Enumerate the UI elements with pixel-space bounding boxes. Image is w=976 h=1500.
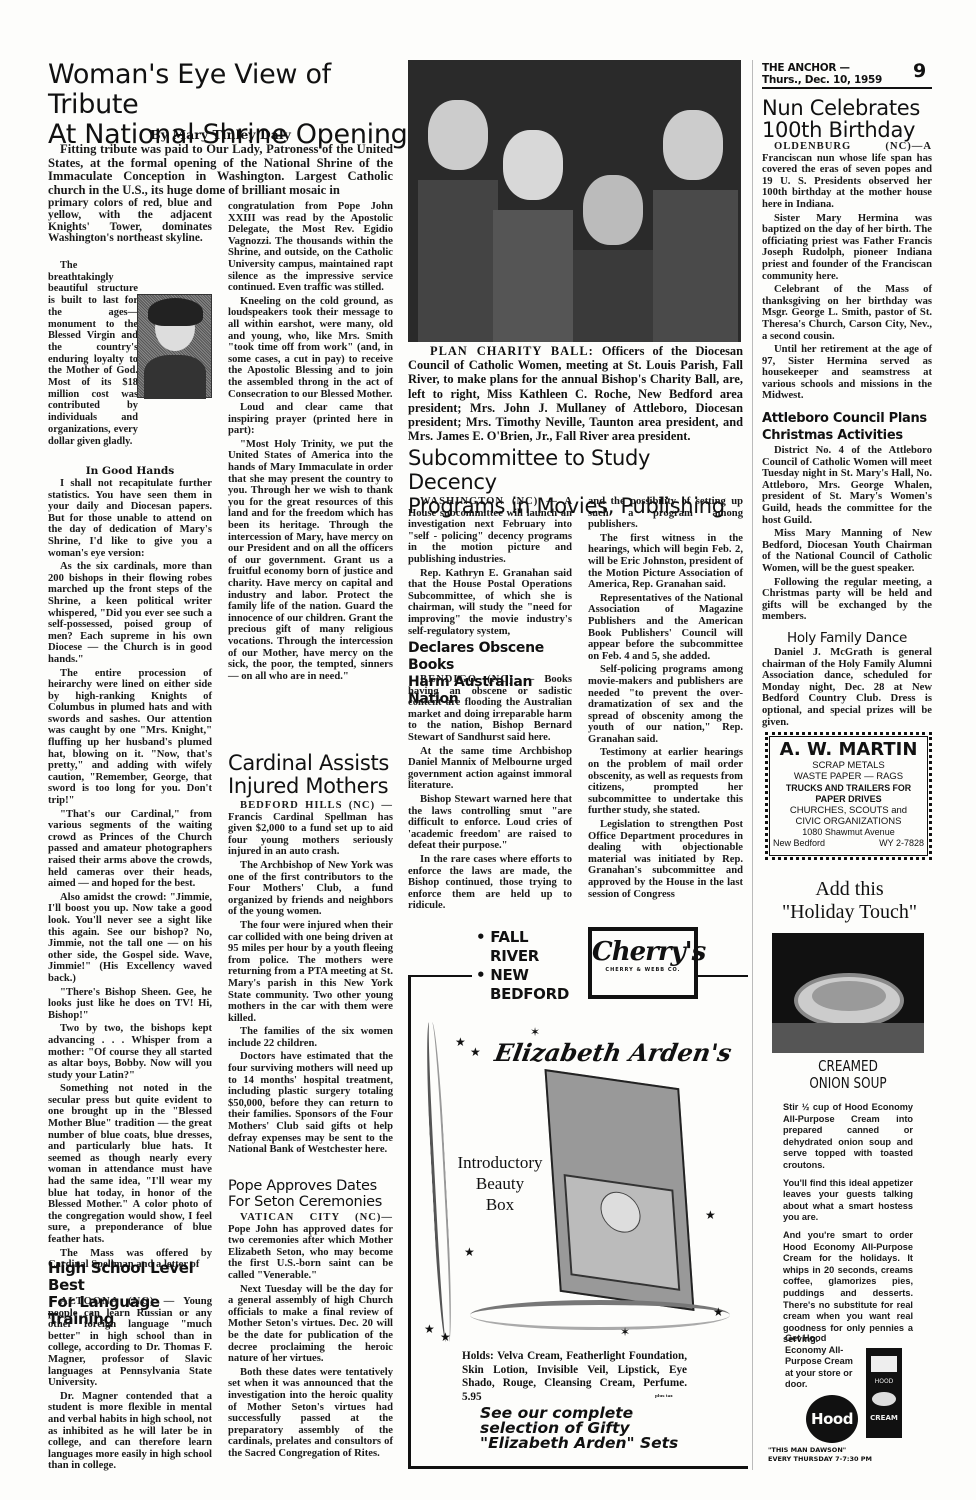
hood-ad-body: Stir ½ cup of Hood Economy All-Purpose C… xyxy=(783,1102,913,1348)
column-rule xyxy=(752,60,753,1470)
nun-body: OLDENBURG (NC)—A Franciscan nun whose li… xyxy=(762,141,932,404)
aw-martin-ad: A. W. MARTIN SCRAP METALS WASTE PAPER — … xyxy=(765,732,932,860)
cardinal-body: BEDFORD HILLS (NC) — Francis Cardinal Sp… xyxy=(228,800,393,1158)
star-icon: ★ xyxy=(464,1245,475,1259)
arden-product-title: Introductory Beauty Box xyxy=(445,1152,555,1215)
cherrys-cities: • FALL RIVER • NEW BEDFORD xyxy=(472,928,592,1004)
star-icon: ★ xyxy=(455,1035,466,1049)
star-icon: ★ xyxy=(470,1045,481,1059)
language-body: ALTOONA (NC) — Young people can learn Ru… xyxy=(48,1296,212,1474)
recipe-title: CREAMED ONION SOUP xyxy=(787,1058,909,1092)
cherrys-logo-subtitle: CHERRY & WEBB CO. xyxy=(592,967,694,973)
star-icon: ✶ xyxy=(620,1325,630,1339)
charity-ball-officers-photo xyxy=(408,60,741,342)
masthead: THE ANCHOR — Thurs., Dec. 10, 1959 xyxy=(762,62,932,89)
aw-martin-name: A. W. MARTIN xyxy=(768,740,929,760)
shrine-subhead-in-good-hands: In Good Hands xyxy=(48,465,212,477)
hood-radio-tagline: "THIS MAN DAWSON" EVERY THURSDAY 7-7:30 … xyxy=(768,1446,938,1463)
star-icon: ★ xyxy=(424,1322,435,1336)
dance-body: Daniel J. McGrath is general chairman of… xyxy=(762,647,932,730)
ribbon-bottom xyxy=(470,1300,730,1330)
shrine-column-1-top: primary colors of red, blue and yellow, … xyxy=(48,198,212,247)
nun-headline: Nun Celebrates 100th Birthday xyxy=(762,97,937,141)
shrine-headline-line-1: Woman's Eye View of Tribute xyxy=(48,60,408,120)
arden-plus-tax: plus tax xyxy=(655,1393,673,1398)
hood-ad-order: Get Hood Economy All-Purpose Cream at yo… xyxy=(785,1333,860,1393)
arden-brand-script: Elizabeth Arden's xyxy=(492,1038,737,1067)
beauty-box-image xyxy=(544,1069,694,1311)
seton-body: VATICAN CITY (NC)— Pope John has approve… xyxy=(228,1212,393,1461)
masthead-paper: THE ANCHOR — xyxy=(762,62,932,74)
star-icon: ★ xyxy=(713,1305,724,1319)
hood-logo: Hood xyxy=(806,1395,858,1443)
onion-soup-photo xyxy=(772,933,924,1053)
hood-ad-headline: Add this "Holiday Touch" xyxy=(762,878,937,924)
seton-headline: Pope Approves Dates For Seton Ceremonies xyxy=(228,1178,398,1210)
star-icon: ✶ xyxy=(530,1025,540,1039)
attleboro-body: District No. 4 of the Attleboro Council … xyxy=(762,445,932,625)
shrine-column-2: congratulation from Pope John XXIII was … xyxy=(228,201,393,684)
hood-cream-carton: HOOD CREAM xyxy=(866,1348,902,1438)
shrine-lead: Fitting tribute was paid to Our Lady, Pa… xyxy=(48,143,393,199)
page-number: 9 xyxy=(913,60,926,82)
shrine-column-1-wrap: The breathtakingly beautiful structure i… xyxy=(48,260,138,449)
attleboro-headline: Attleboro Council Plans Christmas Activi… xyxy=(762,410,937,444)
shrine-byline: By Mary Tinley Daly xyxy=(48,127,393,142)
shrine-column-1-body: I shall not recapitulate further statist… xyxy=(48,478,212,1273)
arden-holds-list: Holds: Velva Cream, Featherlight Foundat… xyxy=(462,1350,687,1404)
decency-column-2: and the possibility of setting up such a… xyxy=(588,496,743,902)
author-portrait-photo xyxy=(137,294,212,398)
australia-body: BENDIGO (NC) — Books having an obscene o… xyxy=(408,674,572,914)
star-icon: ★ xyxy=(440,1330,451,1344)
cherrys-logo: Cherry's xyxy=(592,937,694,967)
star-icon: ★ xyxy=(705,1208,716,1222)
cardinal-headline: Cardinal Assists Injured Mothers xyxy=(228,752,398,798)
decency-column-1: WASHINGTON (NC) — A House subcommittee w… xyxy=(408,496,572,639)
masthead-date: Thurs., Dec. 10, 1959 xyxy=(762,74,932,86)
cherrys-logo-box: Cherry's CHERRY & WEBB CO. xyxy=(588,927,698,999)
dance-headline: Holy Family Dance xyxy=(762,630,932,646)
photo-caption: PLAN CHARITY BALL: Officers of the Dioce… xyxy=(408,344,743,443)
aw-martin-phone: WY 2-7828 xyxy=(879,838,924,849)
aw-martin-city: New Bedford xyxy=(773,838,825,849)
arden-cta: See our complete selection of Gifty "Eli… xyxy=(480,1406,710,1451)
